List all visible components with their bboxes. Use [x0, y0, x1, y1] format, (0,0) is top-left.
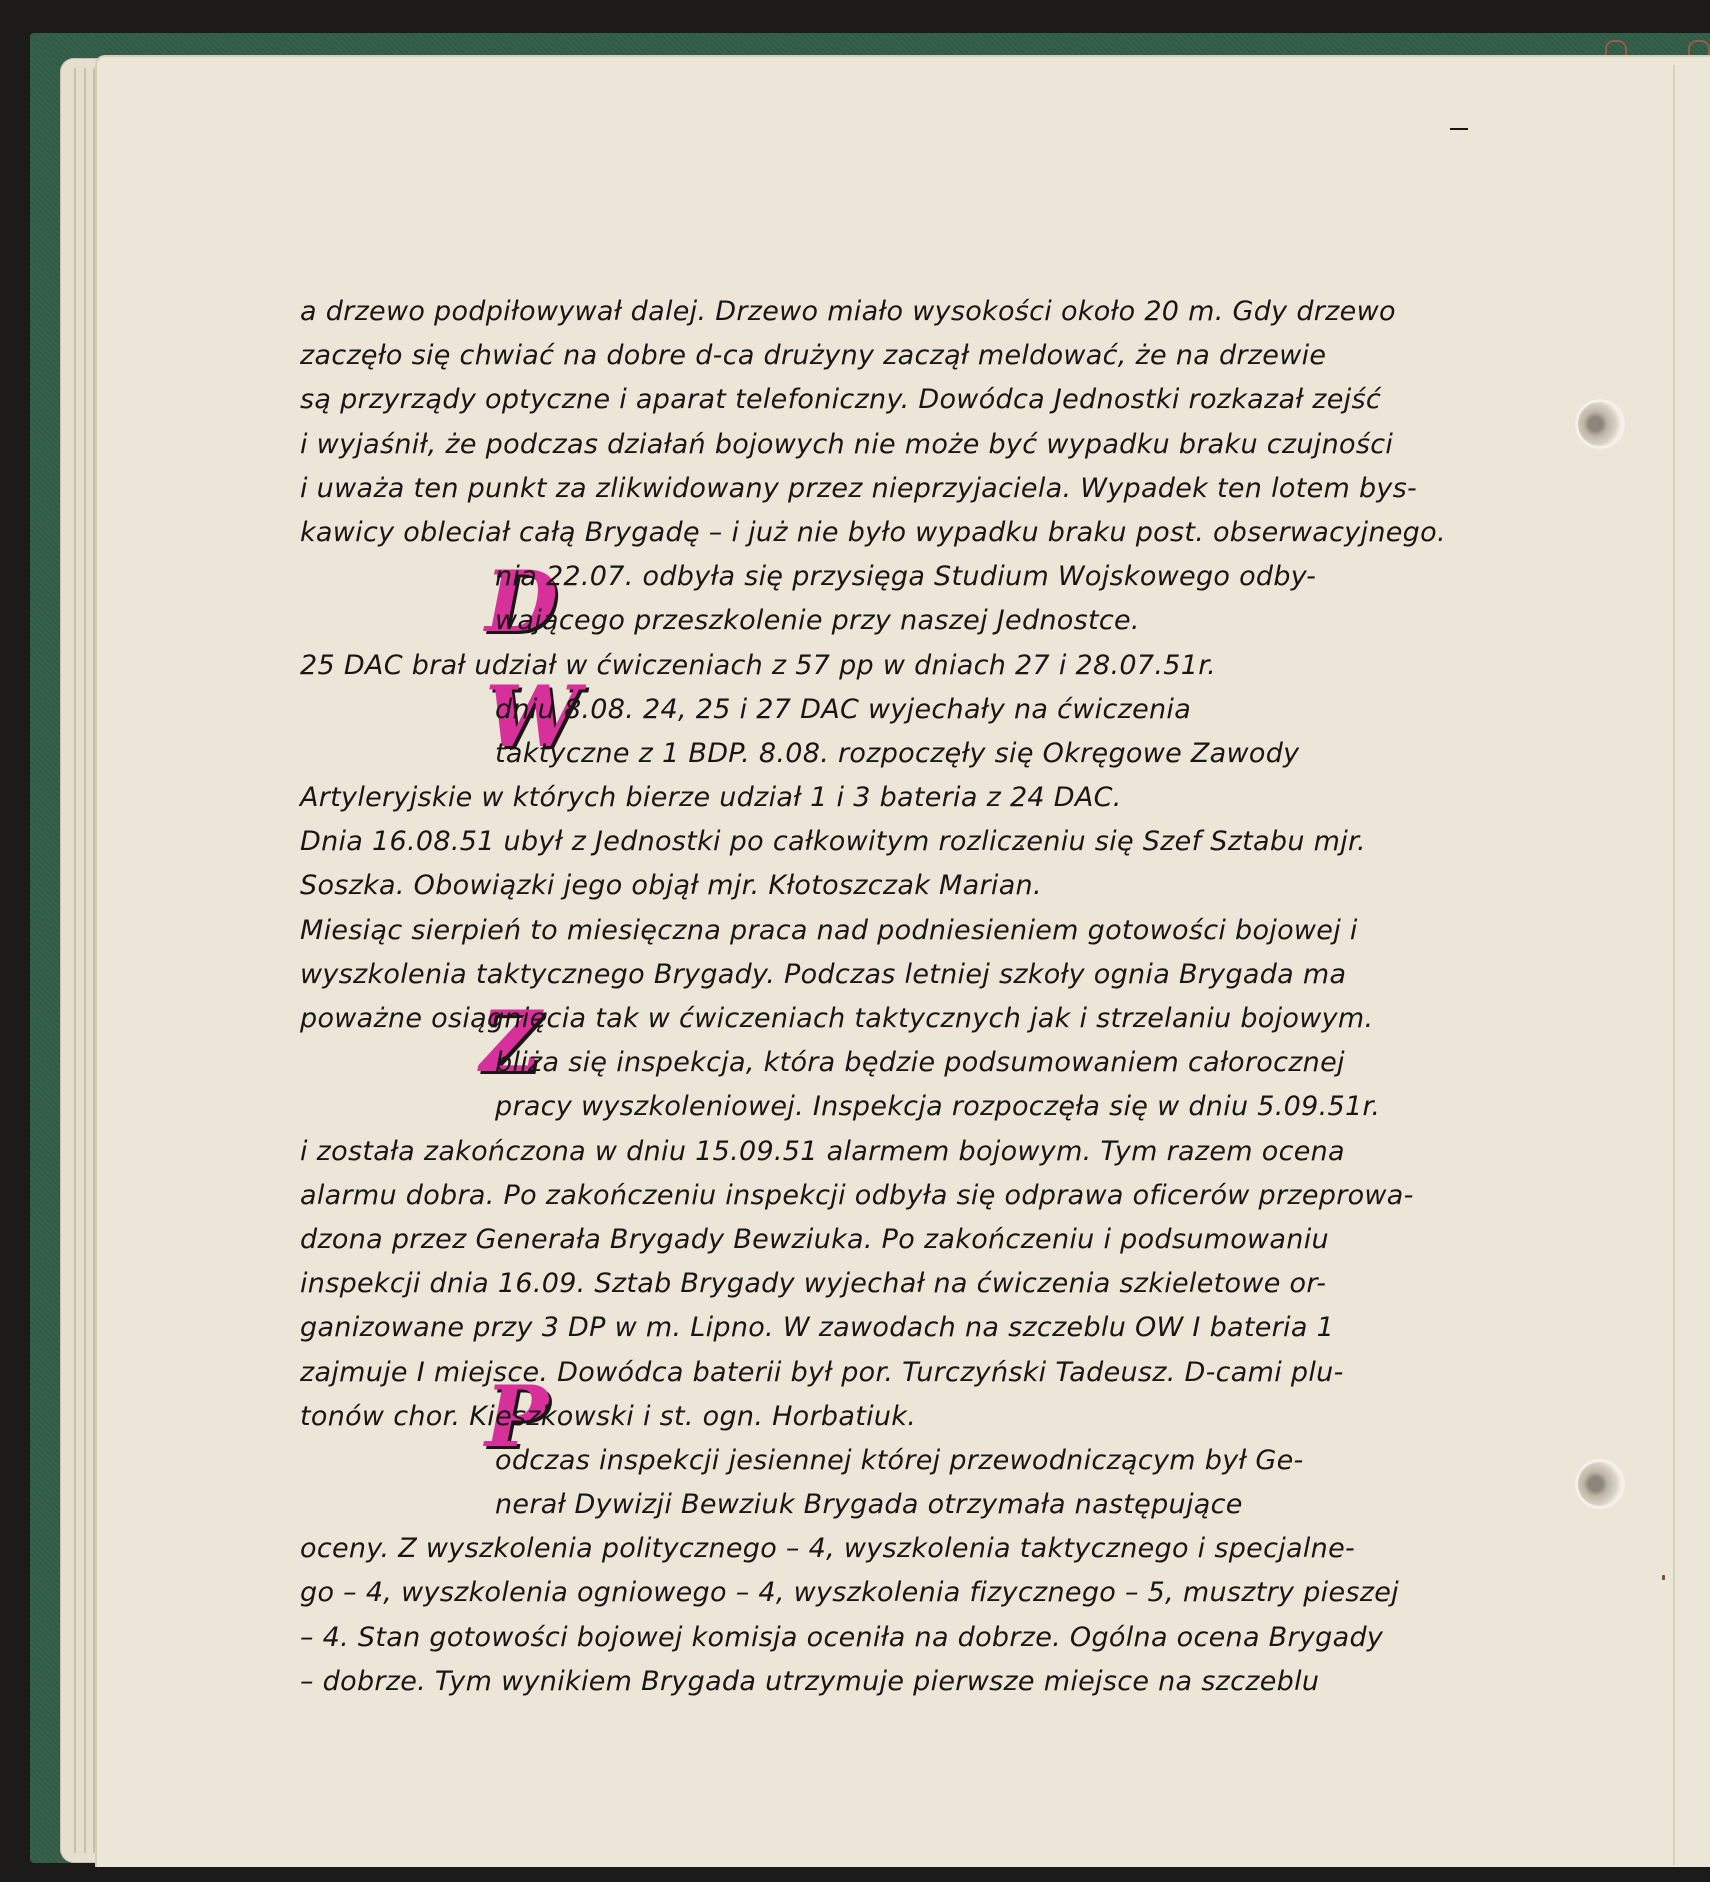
text-line: poważne osiągnięcia tak w ćwiczeniach ta…: [300, 997, 1480, 1041]
text-line: Dnia 16.08.51 ubył z Jednostki po całkow…: [300, 820, 1480, 864]
text-line: zaczęło się chwiać na dobre d-ca drużyny…: [300, 334, 1480, 378]
text-line: Soszka. Obowiązki jego objął mjr. Kłotos…: [300, 864, 1480, 908]
ink-mark: [1450, 128, 1468, 130]
text-line: alarmu dobra. Po zakończeniu inspekcji o…: [300, 1174, 1480, 1218]
text-line: zajmuje I miejsce. Dowódca baterii był p…: [300, 1351, 1480, 1395]
text-line: są przyrządy optyczne i aparat telefonic…: [300, 378, 1480, 422]
text-line: tonów chor. Kieszkowski i st. ogn. Horba…: [300, 1395, 1480, 1439]
page-fold: [1673, 65, 1675, 1865]
text-line: nerał Dywizji Bewziuk Brygada otrzymała …: [300, 1483, 1480, 1527]
handwritten-text-body: a drzewo podpiłowywał dalej. Drzewo miał…: [300, 290, 1480, 1704]
text-line: Artyleryjskie w których bierze udział 1 …: [300, 776, 1480, 820]
punch-hole-icon: [1578, 402, 1622, 446]
text-line: bliża się inspekcja, która będzie podsum…: [300, 1041, 1480, 1085]
text-line: dzona przez Generała Brygady Bewziuka. P…: [300, 1218, 1480, 1262]
text-line: ganizowane przy 3 DP w m. Lipno. W zawod…: [300, 1306, 1480, 1350]
text-line: – 4. Stan gotowości bojowej komisja ocen…: [300, 1616, 1480, 1660]
text-line: odczas inspekcji jesiennej której przewo…: [300, 1439, 1480, 1483]
text-line: 25 DAC brał udział w ćwiczeniach z 57 pp…: [300, 644, 1480, 688]
text-line: go – 4, wyszkolenia ogniowego – 4, wyszk…: [300, 1571, 1480, 1615]
text-line: i wyjaśnił, że podczas działań bojowych …: [300, 423, 1480, 467]
text-line: inspekcji dnia 16.09. Sztab Brygady wyje…: [300, 1262, 1480, 1306]
text-line: a drzewo podpiłowywał dalej. Drzewo miał…: [300, 290, 1480, 334]
text-line: dniu 8.08. 24, 25 i 27 DAC wyjechały na …: [300, 688, 1480, 732]
text-line: taktyczne z 1 BDP. 8.08. rozpoczęły się …: [300, 732, 1480, 776]
text-line: nia 22.07. odbyła się przysięga Studium …: [300, 555, 1480, 599]
text-line: i została zakończona w dniu 15.09.51 ala…: [300, 1130, 1480, 1174]
page-edge: [74, 68, 76, 1853]
text-line: oceny. Z wyszkolenia politycznego – 4, w…: [300, 1527, 1480, 1571]
punch-hole-icon: [1578, 1462, 1622, 1506]
text-line: i uważa ten punkt za zlikwidowany przez …: [300, 467, 1480, 511]
text-line: pracy wyszkoleniowej. Inspekcja rozpoczę…: [300, 1085, 1480, 1129]
text-line: kawicy obleciał całą Brygadę – i już nie…: [300, 511, 1480, 555]
page-edge: [84, 68, 86, 1853]
text-line: Miesiąc sierpień to miesięczna praca nad…: [300, 909, 1480, 953]
paper-stain: [1662, 1575, 1665, 1580]
text-line: – dobrze. Tym wynikiem Brygada utrzymuje…: [300, 1660, 1480, 1704]
text-line: wającego przeszkolenie przy naszej Jedno…: [300, 599, 1480, 643]
text-line: wyszkolenia taktycznego Brygady. Podczas…: [300, 953, 1480, 997]
